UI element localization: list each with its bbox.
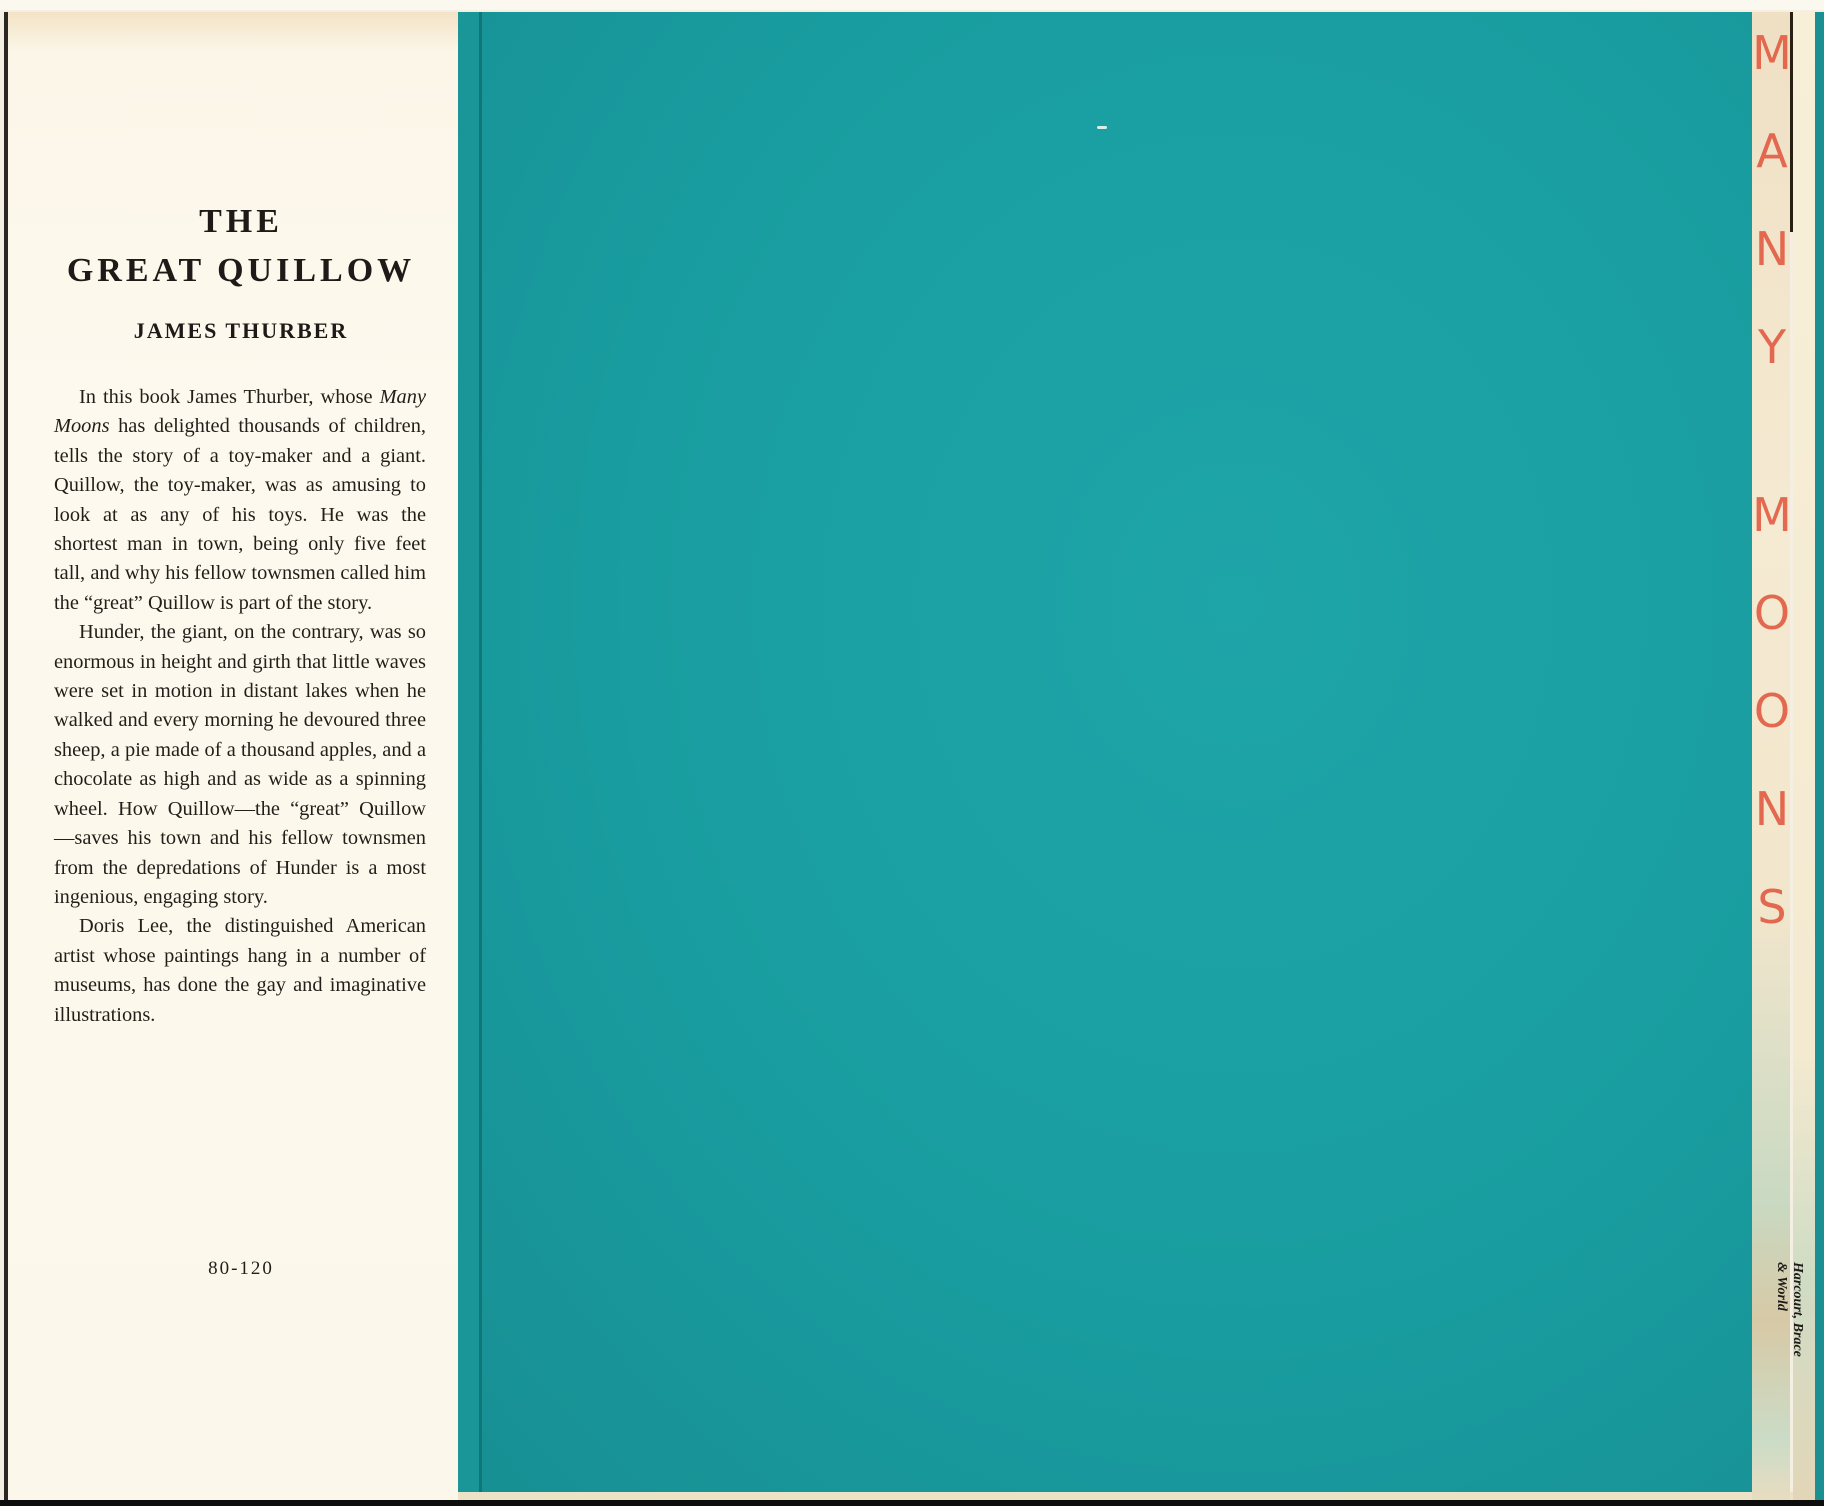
blurb-paragraph-1: In this book James Thurber, whose Many M… — [54, 383, 426, 618]
fold-line — [479, 12, 482, 1492]
book-jacket-scan: THE GREAT QUILLOW JAMES THURBER In this … — [0, 0, 1824, 1506]
spine-letter: O — [1754, 688, 1790, 786]
flap-fold-shadow — [458, 12, 479, 1492]
blurb-paragraph-2: Hunder, the giant, on the contrary, was … — [54, 618, 426, 912]
flap-author: JAMES THURBER — [0, 318, 482, 344]
bottom-edge — [458, 1492, 1824, 1500]
blurb-text: In this book James Thurber, whose — [79, 386, 380, 408]
spine-publisher: Harcourt, Brace & World — [1765, 1262, 1805, 1462]
flap-title-line1: THE — [0, 203, 482, 241]
spine-letter: M — [1752, 30, 1792, 128]
spine-teal-edge — [1815, 12, 1824, 1500]
spine-letter: A — [1756, 128, 1787, 226]
scan-bottom-margin — [0, 1500, 1824, 1506]
spine-letter: S — [1757, 884, 1786, 982]
scan-top-margin — [0, 0, 1824, 10]
back-panel-teal — [458, 12, 1752, 1492]
spine-letter: N — [1755, 226, 1789, 324]
spine-letter: Y — [1758, 324, 1786, 422]
blurb-text: has delighted thousands of children, tel… — [54, 415, 426, 613]
flap-price-code: 80-120 — [0, 1258, 482, 1280]
flap-blurb: In this book James Thurber, whose Many M… — [54, 383, 426, 1030]
blurb-paragraph-3: Doris Lee, the distinguished American ar… — [54, 912, 426, 1030]
panel-scuff-mark — [1097, 126, 1107, 129]
publisher-text: Harcourt, Brace & World — [1773, 1262, 1805, 1357]
publisher-line2: & World — [1773, 1262, 1789, 1357]
flap-title-line2: GREAT QUILLOW — [0, 252, 482, 290]
publisher-line1: Harcourt, Brace — [1789, 1262, 1805, 1357]
spine-letter: N — [1755, 786, 1789, 884]
spine-handwritten-title: M A N Y M O O N S — [1757, 30, 1787, 982]
spine-letter: O — [1754, 590, 1790, 688]
spine-letter: M — [1752, 492, 1792, 590]
